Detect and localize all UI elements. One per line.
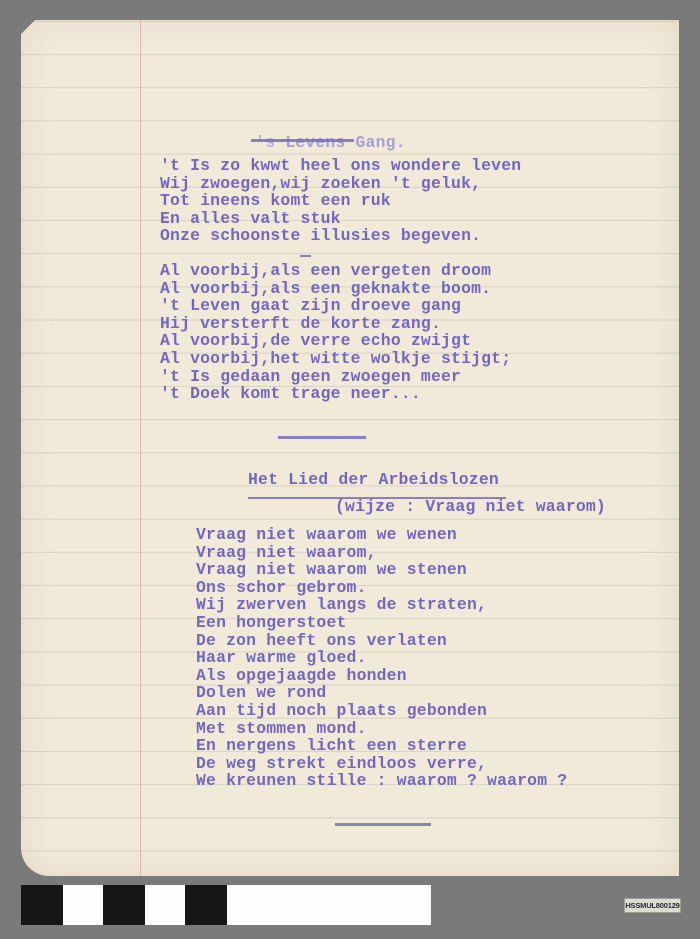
poem1-title-text: Levens Gang. — [285, 133, 405, 152]
poem-line: Tot ineens komt een ruk — [160, 192, 521, 210]
calibration-white-patch — [63, 885, 103, 925]
poem-line: Met stommen mond. — [196, 720, 567, 738]
poem-line: Dolen we rond — [196, 684, 567, 702]
poem-line: Vraag niet waarom we wenen — [196, 526, 567, 544]
poem-line: Vraag niet waarom, — [196, 544, 567, 562]
poem1-title-faint-prefix: 's — [255, 133, 285, 152]
poem-line: 't Leven gaat zijn droeve gang — [160, 297, 511, 315]
calibration-black-patch — [21, 885, 63, 925]
poem-line: Vraag niet waarom we stenen — [196, 561, 567, 579]
typewritten-page: 's Levens Gang. 't Is zo kwwt heel ons w… — [21, 20, 679, 876]
poem-line: En alles valt stuk — [160, 210, 521, 228]
closing-divider — [335, 823, 431, 826]
poem-line: Ons schor gebrom. — [196, 579, 567, 597]
calibration-black-patch — [185, 885, 227, 925]
poem-line: Een hongerstoet — [196, 614, 567, 632]
poem-line: De zon heeft ons verlaten — [196, 632, 567, 650]
poem-line: Haar warme gloed. — [196, 649, 567, 667]
poem-line: Hij versterft de korte zang. — [160, 315, 511, 333]
poem-line: Onze schoonste illusies begeven. — [160, 227, 521, 245]
poem-line: Als opgejaagde honden — [196, 667, 567, 685]
poem-line: De weg strekt eindloos verre, — [196, 755, 567, 773]
poem-line: Al voorbij,als een vergeten droom — [160, 262, 511, 280]
archive-identifier-label: HSSMUL800129 — [624, 898, 681, 913]
stanza-divider — [300, 255, 311, 257]
poem-line: Aan tijd noch plaats gebonden — [196, 702, 567, 720]
section-divider — [278, 436, 366, 439]
margin-line — [140, 20, 141, 876]
poem1-stanza-1: 't Is zo kwwt heel ons wondere leven Wij… — [160, 157, 521, 245]
poem-line: 't Is gedaan geen zwoegen meer — [160, 368, 511, 386]
poem-line: Al voorbij,als een geknakte boom. — [160, 280, 511, 298]
calibration-strip — [21, 885, 431, 925]
poem-line: Al voorbij,het witte wolkje stijgt; — [160, 350, 511, 368]
poem-line: Al voorbij,de verre echo zwijgt — [160, 332, 511, 350]
calibration-white-patch — [227, 885, 431, 925]
poem-line: 't Doek komt trage neer... — [160, 385, 511, 403]
poem-line: Wij zwerven langs de straten, — [196, 596, 567, 614]
poem2-title: Het Lied der Arbeidslozen — [248, 471, 499, 489]
poem1-title-underline — [251, 139, 354, 142]
calibration-white-patch — [145, 885, 185, 925]
poem2-body: Vraag niet waarom we wenen Vraag niet wa… — [196, 526, 567, 790]
poem-line: 't Is zo kwwt heel ons wondere leven — [160, 157, 521, 175]
poem-line: En nergens licht een sterre — [196, 737, 567, 755]
poem-line: We kreunen stille : waarom ? waarom ? — [196, 772, 567, 790]
poem1-stanza-2: Al voorbij,als een vergeten droom Al voo… — [160, 262, 511, 403]
poem2-subtitle: (wijze : Vraag niet waarom) — [335, 498, 606, 516]
calibration-black-patch — [103, 885, 145, 925]
poem-line: Wij zwoegen,wij zoeken 't geluk, — [160, 175, 521, 193]
